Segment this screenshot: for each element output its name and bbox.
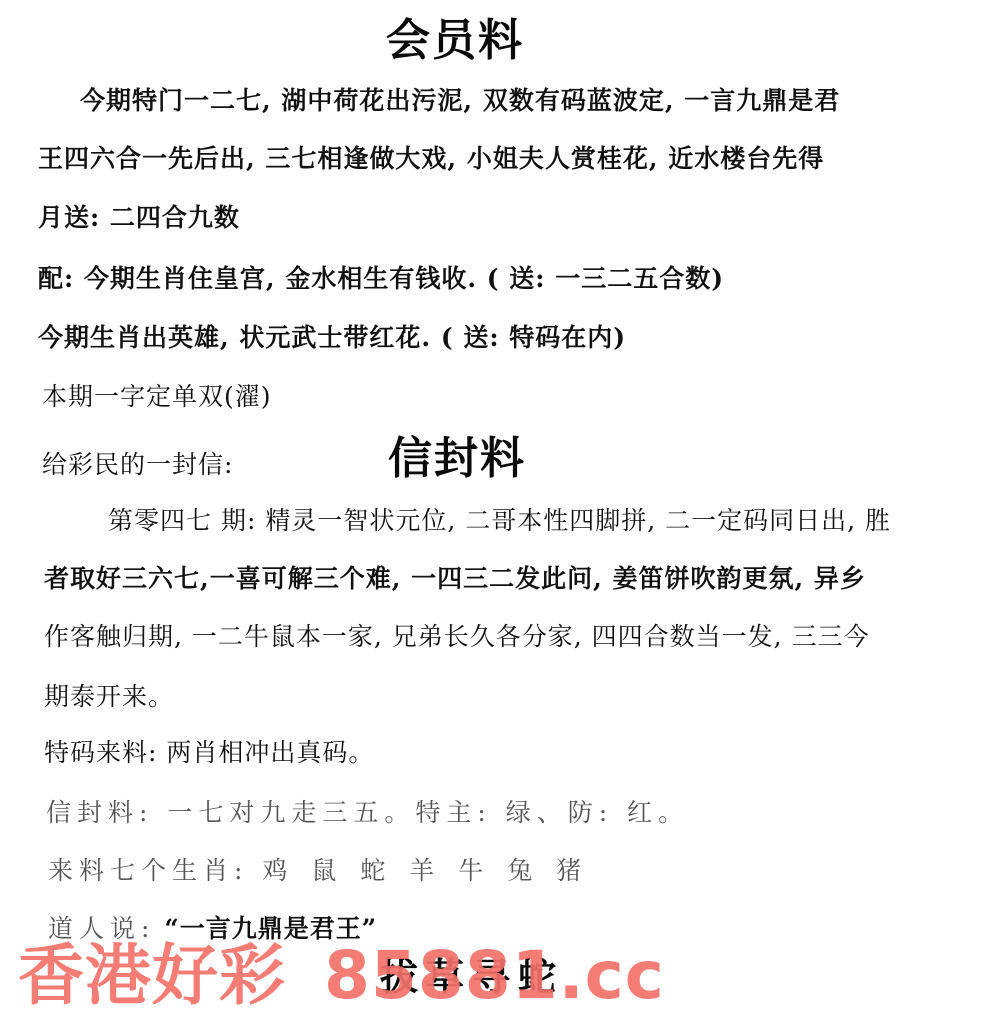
zodiac-line: 今期生肖出英雄, 状元武士带红花. ( 送: 特码在内) <box>38 323 626 353</box>
letter-section-title: 信封料 <box>388 434 526 484</box>
zodiac-goat: 羊 <box>409 856 444 885</box>
poem-line-3: 月送: 二四合九数 <box>38 203 240 233</box>
odd-even-line: 本期一字定单双(濯) <box>42 382 272 412</box>
zodiac-rat: 鼠 <box>311 856 346 885</box>
zodiac-pig: 猪 <box>556 856 591 885</box>
zodiac-rabbit: 兔 <box>507 856 542 885</box>
seven-zodiacs-row: 来料七个生肖: 鸡 鼠 蛇 羊 牛 兔 猪 <box>48 856 591 886</box>
watermark-site-domain: 85881.cc <box>324 937 665 1014</box>
envelope-line: 信封料: 一七对九走三五。特主: 绿、防: 红。 <box>46 798 689 828</box>
zodiac-snake: 蛇 <box>360 856 395 885</box>
poem-line-1: 今期特门一二七, 湖中荷花出污泥, 双数有码蓝波定, 一言九鼎是君 <box>80 86 840 116</box>
letter-intro-label: 给彩民的一封信: <box>42 450 233 480</box>
letter-body-line-3: 作客触归期, 一二牛鼠本一家, 兄弟长久各分家, 四四合数当一发, 三三今 <box>44 622 870 652</box>
letter-body-line-1: 第零四七 期: 精灵一智状元位, 二哥本性四脚拼, 二一定码同日出, 胜 <box>108 506 891 536</box>
special-code-line: 特码来料: 两肖相冲出真码。 <box>44 738 374 768</box>
site-watermark: 香港好彩85881.cc <box>18 938 665 1014</box>
seven-zodiacs-label: 来料七个生肖: <box>48 856 248 885</box>
poem-line-2: 王四六合一先后出, 三七相逢做大戏, 小姐夫人赏桂花, 近水楼台先得 <box>38 144 824 174</box>
letter-body-line-4: 期泰开来。 <box>44 682 174 712</box>
watermark-site-name: 香港好彩 <box>18 937 286 1014</box>
letter-body-line-2: 者取好三六七,一喜可解三个难, 一四三二发此问, 姜笛饼吹韵更氛, 异乡 <box>44 564 866 594</box>
zodiac-ox: 牛 <box>458 856 493 885</box>
pairing-line: 配: 今期生肖住皇宫, 金水相生有钱收. ( 送: 一三二五合数) <box>38 264 724 294</box>
member-section-title: 会员料 <box>386 16 524 66</box>
zodiac-rooster: 鸡 <box>262 856 297 885</box>
